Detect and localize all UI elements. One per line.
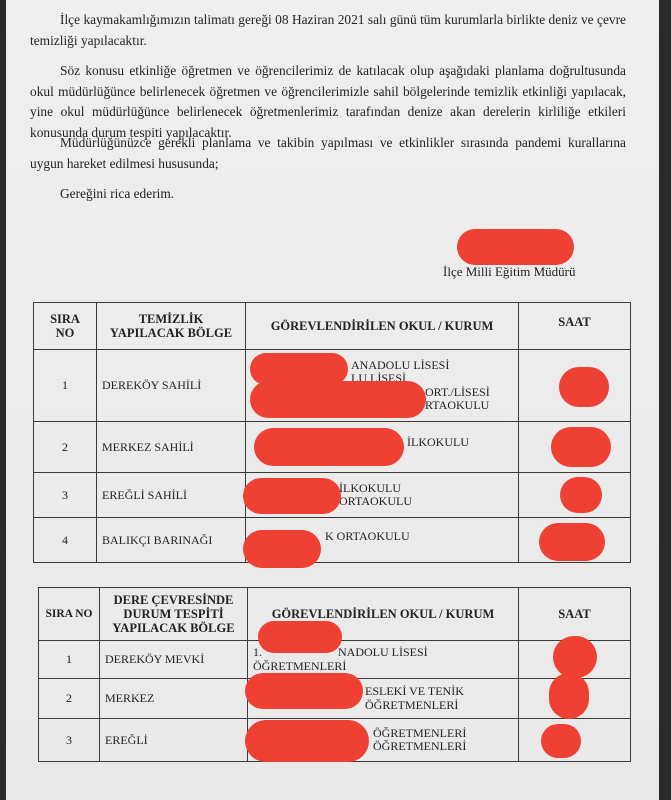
school-line: ÖĞRETMENLERİ (373, 740, 513, 754)
saat-redaction (553, 636, 597, 678)
row-schools: ÖĞRETMENLERİÖĞRETMENLERİ (248, 719, 519, 762)
table-row: 1 DEREKÖY SAHİLİ ANADOLU LİSESİ LU LİSES… (34, 350, 631, 422)
row-no: 4 (34, 518, 97, 563)
header-sira-no: SIRA NO (39, 588, 100, 641)
table-header-row: SIRANO TEMİZLİKYAPILACAK BÖLGE GÖREVLEND… (34, 303, 631, 350)
paragraph-2: Söz konusu etkinliğe öğretmen ve öğrenci… (30, 61, 626, 143)
row-region: BALIKÇI BARINAĞI (97, 518, 246, 563)
paragraph-2-text: Söz konusu etkinliğe öğretmen ve öğrenci… (30, 63, 626, 140)
saat-redaction (549, 673, 589, 719)
paragraph-4: Gereğini rica ederim. (30, 184, 626, 205)
school-line: ORTAOKULU (339, 495, 513, 509)
stream-inspection-table: SIRA NO DERE ÇEVRESİNDEDURUM TESPİTİYAPI… (38, 587, 631, 762)
signature-redaction (457, 229, 574, 265)
school-line: K ORTAOKULU (325, 530, 513, 544)
redaction (258, 621, 342, 653)
redaction (243, 530, 321, 568)
header-school: GÖREVLENDİRİLEN OKUL / KURUM (246, 303, 519, 350)
saat-redaction (539, 523, 605, 561)
row-no: 2 (39, 679, 100, 719)
school-line: ANADOLU LİSESİ (351, 359, 513, 373)
saat-redaction (559, 367, 609, 407)
row-schools: ANADOLU LİSESİ LU LİSESİ ORT./LİSESİ RTA… (246, 350, 519, 422)
saat-redaction (551, 427, 611, 467)
table-row: 3 EREĞLİ ÖĞRETMENLERİÖĞRETMENLERİ (39, 719, 631, 762)
row-saat (519, 518, 631, 563)
table-row: 4 BALIKÇI BARINAĞI K ORTAOKULU (34, 518, 631, 563)
header-region: DERE ÇEVRESİNDEDURUM TESPİTİYAPILACAK BÖ… (100, 588, 248, 641)
table-row: 3 EREĞLİ SAHİLİ İLKOKULUORTAOKULU (34, 473, 631, 518)
row-region: DEREKÖY SAHİLİ (97, 350, 246, 422)
table-row: 2 MERKEZ ESLEKİ VE TENİKÖĞRETMENLERİ (39, 679, 631, 719)
redaction (243, 478, 341, 514)
school-line: ESLEKİ VE TENİK (365, 685, 513, 699)
row-no: 2 (34, 422, 97, 473)
row-region: MERKEZ (100, 679, 248, 719)
redaction (250, 381, 426, 418)
row-schools: K ORTAOKULU (246, 518, 519, 563)
row-region: DEREKÖY MEVKİ (100, 641, 248, 679)
paragraph-4-text: Gereğini rica ederim. (60, 186, 174, 201)
cleaning-schedule-table: SIRANO TEMİZLİKYAPILACAK BÖLGE GÖREVLEND… (33, 302, 631, 563)
school-line: ÖĞRETMENLERİ (373, 727, 513, 741)
school-line: İLKOKULU (407, 436, 513, 450)
school-line: İLKOKULU (339, 482, 513, 496)
redaction (245, 720, 369, 762)
row-no: 3 (39, 719, 100, 762)
paragraph-1: İlçe kaymakamlığımızın talimatı gereği 0… (30, 10, 626, 51)
row-schools: İLKOKULU (246, 422, 519, 473)
school-line: ÖĞRETMENLERİ (365, 699, 513, 713)
header-region: TEMİZLİKYAPILACAK BÖLGE (97, 303, 246, 350)
row-region: MERKEZ SAHİLİ (97, 422, 246, 473)
table-row: 2 MERKEZ SAHİLİ İLKOKULU (34, 422, 631, 473)
row-no: 1 (39, 641, 100, 679)
row-region: EREĞLİ SAHİLİ (97, 473, 246, 518)
saat-redaction (560, 477, 602, 513)
row-region: EREĞLİ (100, 719, 248, 762)
row-saat (519, 679, 631, 719)
row-no: 1 (34, 350, 97, 422)
saat-redaction (541, 724, 581, 758)
row-saat (519, 350, 631, 422)
school-line: NADOLU LİSESİ (338, 645, 428, 659)
redaction (245, 673, 363, 709)
paragraph-3: Müdürlüğünüzce gerekli planlama ve takib… (30, 133, 626, 174)
row-saat (519, 473, 631, 518)
paragraph-3-text: Müdürlüğünüzce gerekli planlama ve takib… (30, 135, 626, 171)
header-sira-no: SIRANO (34, 303, 97, 350)
signature-title: İlçe Milli Eğitim Müdürü (443, 264, 576, 280)
header-saat: SAAT (519, 303, 631, 350)
row-saat (519, 719, 631, 762)
row-schools: ESLEKİ VE TENİKÖĞRETMENLERİ (248, 679, 519, 719)
row-saat (519, 422, 631, 473)
school-line: ÖĞRETMENLERİ (253, 660, 513, 674)
row-schools: İLKOKULUORTAOKULU (246, 473, 519, 518)
redaction (254, 428, 404, 466)
header-saat: SAAT (519, 588, 631, 641)
paragraph-1-text: İlçe kaymakamlığımızın talimatı gereği 0… (30, 12, 626, 48)
row-no: 3 (34, 473, 97, 518)
